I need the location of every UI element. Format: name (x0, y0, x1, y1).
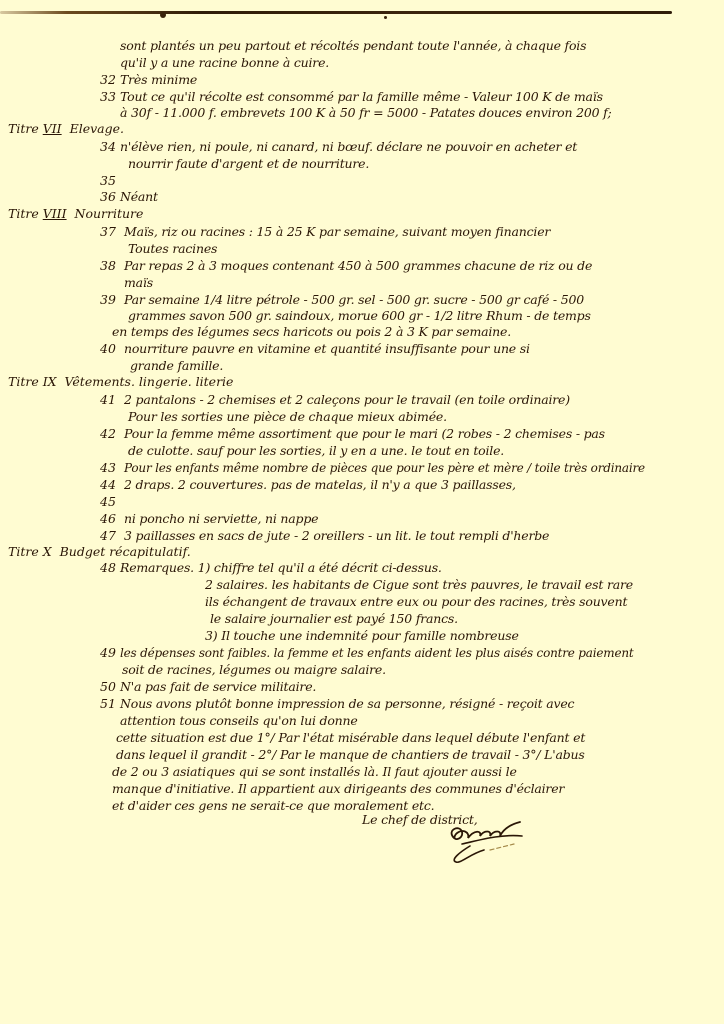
section-heading: Vêtements. lingerie. literie (65, 374, 234, 389)
top-ink-rule (0, 11, 672, 14)
signature-icon (440, 812, 540, 867)
item-number: 48 (100, 560, 116, 576)
item-number: 34 (100, 139, 116, 155)
item-text: dans lequel il grandit - 2°/ Par le manq… (116, 747, 585, 763)
item-text: nourriture pauvre en vitamine et quantit… (124, 341, 530, 357)
item-text: N'a pas fait de service militaire. (120, 679, 316, 695)
item-text: ils échangent de travaux entre eux ou po… (205, 594, 627, 610)
item-text: Toutes racines (128, 241, 217, 257)
item-text: ni poncho ni serviette, ni nappe (124, 511, 318, 527)
item-number: 32 (100, 72, 116, 88)
item-text: Très minime (120, 72, 197, 88)
item-text: grande famille. (130, 358, 223, 374)
section-roman: IX (43, 374, 57, 389)
item-text: manque d'initiative. Il appartient aux d… (112, 781, 564, 797)
item-text: Par semaine 1/4 litre pétrole - 500 gr. … (124, 292, 584, 308)
item-number: 43 (100, 460, 116, 476)
item-text: attention tous conseils qu'on lui donne (120, 713, 358, 729)
item-number: 50 (100, 679, 116, 695)
item-text: Pour les enfants même nombre de pièces q… (124, 460, 645, 476)
item-number: 47 (100, 528, 116, 544)
item-text: Pour la femme même assortiment que pour … (124, 426, 605, 442)
item-number: 44 (100, 477, 116, 493)
item-text: 3) Il touche une indemnité pour famille … (205, 628, 519, 644)
section-title: Titre VIII Nourriture (8, 206, 143, 222)
item-text: à 30f - 11.000 f. embrevets 100 K à 50 f… (120, 105, 612, 121)
ink-dot (384, 16, 387, 19)
item-text: Pour les sorties une pièce de chaque mie… (128, 409, 447, 425)
continuation-line: qu'il y a une racine bonne à cuire. (120, 55, 329, 71)
handwritten-page: sont plantés un peu partout et récoltés … (0, 0, 724, 1024)
item-text: 2 salaires. les habitants de Cigue sont … (205, 577, 633, 593)
ink-blot (160, 12, 166, 18)
section-label: Titre (8, 121, 39, 136)
item-number: 42 (100, 426, 116, 442)
item-text: de 2 ou 3 asiatiques qui se sont install… (112, 764, 517, 780)
item-text: Maïs, riz ou racines : 15 à 25 K par sem… (124, 224, 550, 240)
item-number: 39 (100, 292, 116, 308)
item-number: 45 (100, 494, 116, 510)
item-text: de culotte. sauf pour les sorties, il y … (128, 443, 504, 459)
item-number: 51 (100, 696, 116, 712)
item-text: 2 pantalons - 2 chemises et 2 caleçons p… (124, 392, 570, 408)
item-text: les dépenses sont faibles. la femme et l… (120, 645, 634, 661)
section-heading: Budget récapitulatif. (60, 544, 191, 559)
item-text: n'élève rien, ni poule, ni canard, ni bœ… (120, 139, 577, 155)
item-number: 41 (100, 392, 116, 408)
section-heading: Elevage. (70, 121, 124, 136)
item-text: 3 paillasses en sacs de jute - 2 oreille… (124, 528, 549, 544)
item-number: 36 (100, 189, 116, 205)
item-number: 49 (100, 645, 116, 661)
item-text: le salaire journalier est payé 150 franc… (210, 611, 458, 627)
section-label: Titre (8, 206, 39, 221)
item-text: grammes savon 500 gr. saindoux, morue 60… (128, 308, 591, 324)
item-number: 38 (100, 258, 116, 274)
item-text: cette situation est due 1°/ Par l'état m… (116, 730, 585, 746)
item-text: Remarques. 1) chiffre tel qu'il a été dé… (120, 560, 442, 576)
section-title: Titre VII Elevage. (8, 121, 124, 137)
section-title: Titre IX Vêtements. lingerie. literie (8, 374, 233, 390)
section-heading: Nourriture (75, 206, 144, 221)
item-text: Par repas 2 à 3 moques contenant 450 à 5… (124, 258, 592, 274)
item-text: soit de racines, légumes ou maigre salai… (122, 662, 386, 678)
item-text: nourrir faute d'argent et de nourriture. (128, 156, 369, 172)
section-label: Titre (8, 544, 39, 559)
section-title: Titre X Budget récapitulatif. (8, 544, 191, 560)
section-roman: X (43, 544, 52, 559)
item-text: maïs (124, 275, 153, 291)
section-roman: VIII (43, 206, 67, 221)
item-text: Néant (120, 189, 158, 205)
section-label: Titre (8, 374, 39, 389)
item-number: 37 (100, 224, 116, 240)
item-number: 33 (100, 89, 116, 105)
continuation-line: sont plantés un peu partout et récoltés … (120, 38, 586, 54)
item-number: 46 (100, 511, 116, 527)
item-number: 40 (100, 341, 116, 357)
item-text: 2 draps. 2 couvertures. pas de matelas, … (124, 477, 516, 493)
item-text: Nous avons plutôt bonne impression de sa… (120, 696, 574, 712)
item-text: en temps des légumes secs haricots ou po… (112, 324, 511, 340)
item-text: Tout ce qu'il récolte est consommé par l… (120, 89, 603, 105)
section-roman: VII (43, 121, 62, 136)
item-number: 35 (100, 173, 116, 189)
